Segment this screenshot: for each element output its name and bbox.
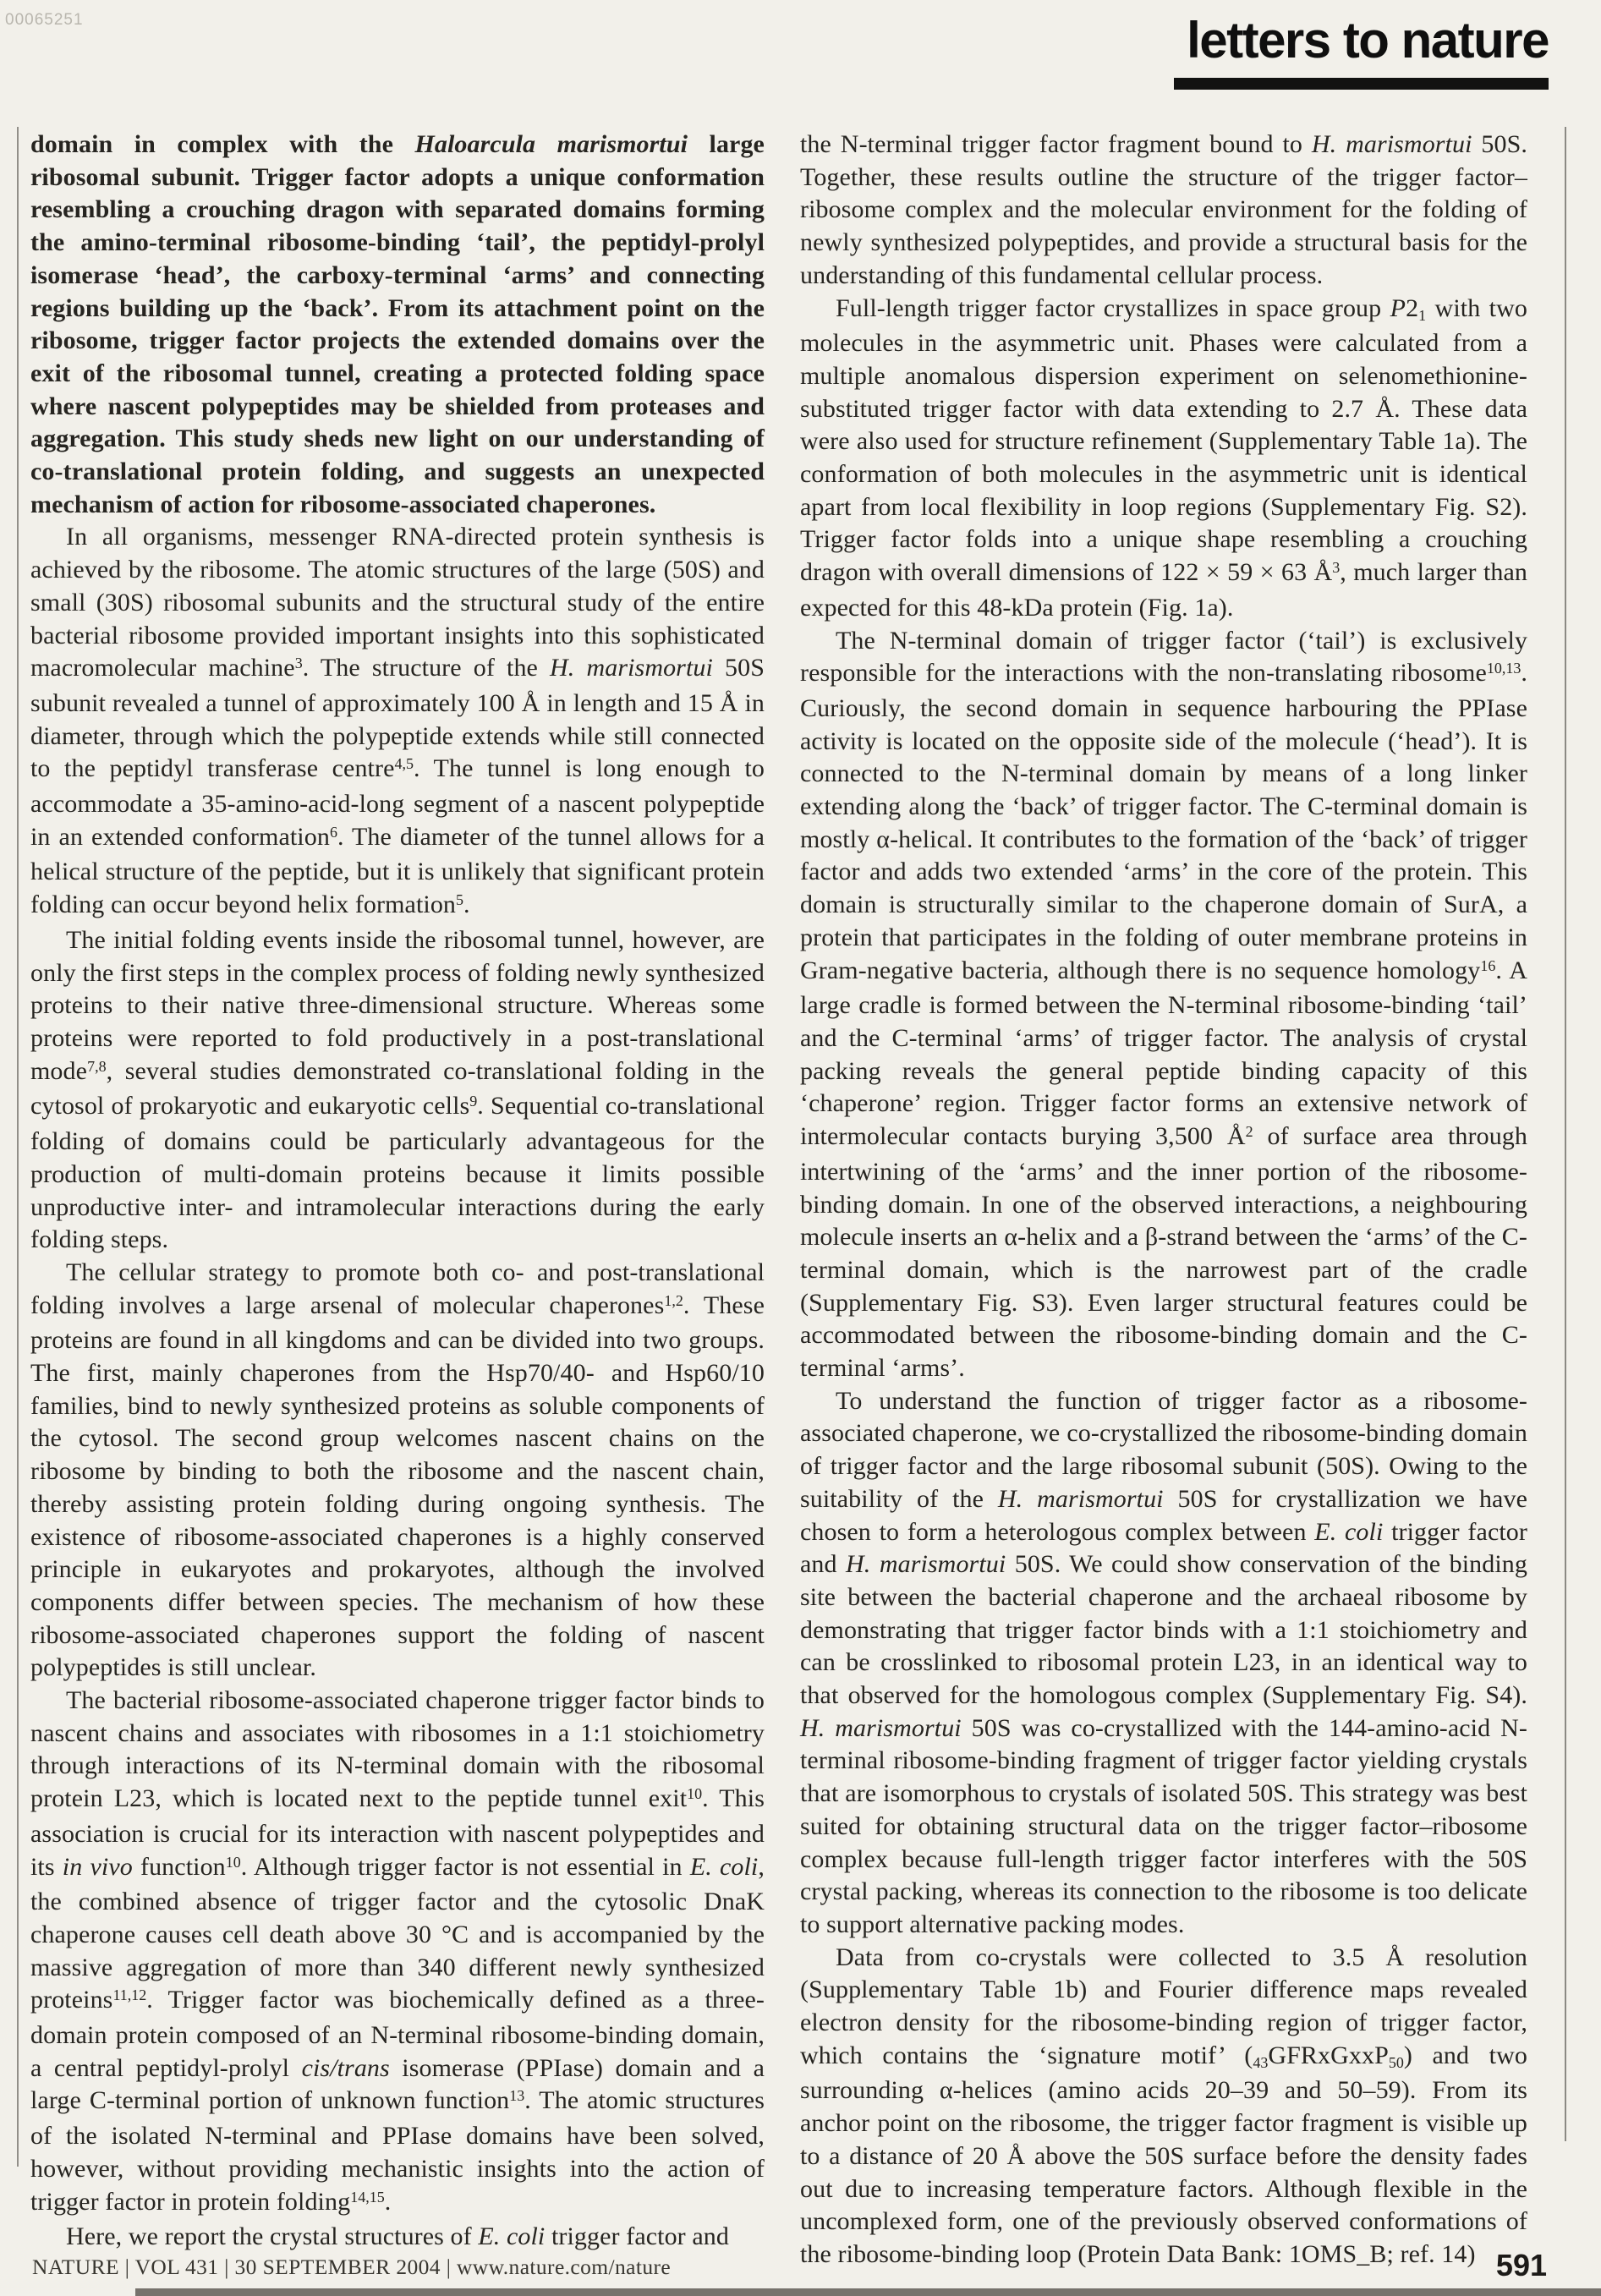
text-segment: H. marismortui (550, 654, 713, 682)
text-segment: The bacterial ribosome-associated chaper… (30, 1686, 765, 1812)
text-segment: 3 (295, 655, 303, 671)
text-segment: 1,2 (664, 1292, 683, 1309)
text-segment: E. coli (1314, 1518, 1383, 1546)
paragraph: Full-length trigger factor crystallizes … (800, 293, 1527, 625)
text-segment: 5 (456, 891, 463, 908)
text-segment: 50 (1389, 2054, 1404, 2071)
text-segment: 16 (1480, 957, 1495, 974)
left-column: domain in complex with the Haloarcula ma… (30, 129, 765, 2254)
text-segment: . The structure of the (303, 654, 550, 682)
text-segment: 3 (1332, 559, 1340, 576)
text-segment: 50S was co-crystallized with the 144-ami… (800, 1714, 1527, 1938)
text-segment: Full-length trigger factor crystallizes … (836, 294, 1390, 322)
text-segment: H. marismortui (1312, 130, 1472, 158)
journal-footer: NATURE | VOL 431 | 30 SEPTEMBER 2004 | w… (32, 2255, 671, 2280)
text-segment: P (1390, 294, 1406, 322)
text-segment: trigger factor and (545, 2222, 729, 2250)
text-segment: cis/trans (302, 2054, 390, 2082)
text-segment: E. coli (478, 2222, 545, 2250)
text-segment: 9 (469, 1093, 477, 1110)
text-segment: ) and two surrounding α-helices (amino a… (800, 2041, 1527, 2268)
text-segment: The cellular strategy to promote both co… (30, 1258, 765, 1319)
left-edge-rule (17, 127, 19, 2167)
page-title: letters to nature (1187, 15, 1549, 66)
text-segment: 43 (1253, 2054, 1268, 2071)
text-segment: 2 (1406, 294, 1418, 322)
text-segment: H. marismortui (800, 1714, 962, 1742)
text-segment: . Curiously, the second domain in sequen… (800, 659, 1527, 984)
text-segment: GFRxGxxP (1268, 2041, 1389, 2069)
scan-number: 00065251 (5, 11, 84, 30)
text-segment: 13 (509, 2087, 524, 2104)
text-segment: function (133, 1853, 226, 1881)
text-segment: Haloarcula marismortui (414, 130, 688, 158)
paragraph: the N-terminal trigger factor fragment b… (800, 129, 1527, 293)
text-segment: 1 (1418, 307, 1426, 324)
text-segment: The N-terminal domain of trigger factor … (800, 627, 1527, 688)
paragraph: The N-terminal domain of trigger factor … (800, 625, 1527, 1385)
masthead-rule (1174, 78, 1549, 90)
text-segment: 11,12 (112, 1986, 146, 2003)
right-edge-rule (1565, 127, 1566, 2141)
text-segment: E. coli (690, 1853, 759, 1881)
text-segment: in vivo (63, 1853, 133, 1881)
text-segment: 14,15 (350, 2189, 385, 2206)
paragraph: Here, we report the crystal structures o… (30, 2221, 765, 2254)
bottom-scan-artifact (135, 2288, 1601, 2296)
text-segment: . A large cradle is formed between the N… (800, 956, 1527, 1151)
text-segment: the N-terminal trigger factor fragment b… (800, 130, 1312, 158)
paragraph: The initial folding events inside the ri… (30, 924, 765, 1257)
paragraph: domain in complex with the Haloarcula ma… (30, 129, 765, 521)
text-segment: H. marismortui (998, 1485, 1164, 1513)
text-segment: 4,5 (395, 755, 414, 772)
text-segment: with two molecules in the asymmetric uni… (800, 294, 1527, 587)
paragraph: Data from co-crystals were collected to … (800, 1942, 1527, 2271)
text-segment: 10 (687, 1785, 702, 1802)
paragraph: The bacterial ribosome-associated chaper… (30, 1685, 765, 2221)
text-segment: . (463, 890, 470, 918)
text-segment: 2 (1246, 1123, 1253, 1140)
paragraph: In all organisms, messenger RNA-directed… (30, 521, 765, 923)
paragraph: The cellular strategy to promote both co… (30, 1257, 765, 1685)
text-segment: 10,13 (1487, 660, 1521, 677)
text-segment: large ribosomal subunit. Trigger factor … (30, 130, 765, 518)
text-segment: 7,8 (87, 1058, 107, 1075)
paragraph: To understand the function of trigger fa… (800, 1385, 1527, 1942)
text-segment: . These proteins are found in all kingdo… (30, 1291, 765, 1682)
text-segment: . (385, 2188, 392, 2216)
text-segment: domain in complex with the (30, 130, 414, 158)
text-segment: Here, we report the crystal structures o… (66, 2222, 478, 2250)
text-segment: . Although trigger factor is not essenti… (241, 1853, 690, 1881)
text-segment: of surface area through intertwining of … (800, 1122, 1527, 1382)
text-segment: 6 (330, 824, 337, 841)
text-segment: H. marismortui (846, 1550, 1006, 1578)
right-column: the N-terminal trigger factor fragment b… (800, 129, 1527, 2271)
page-number: 591 (1496, 2248, 1547, 2283)
text-segment: 10 (226, 1854, 241, 1871)
